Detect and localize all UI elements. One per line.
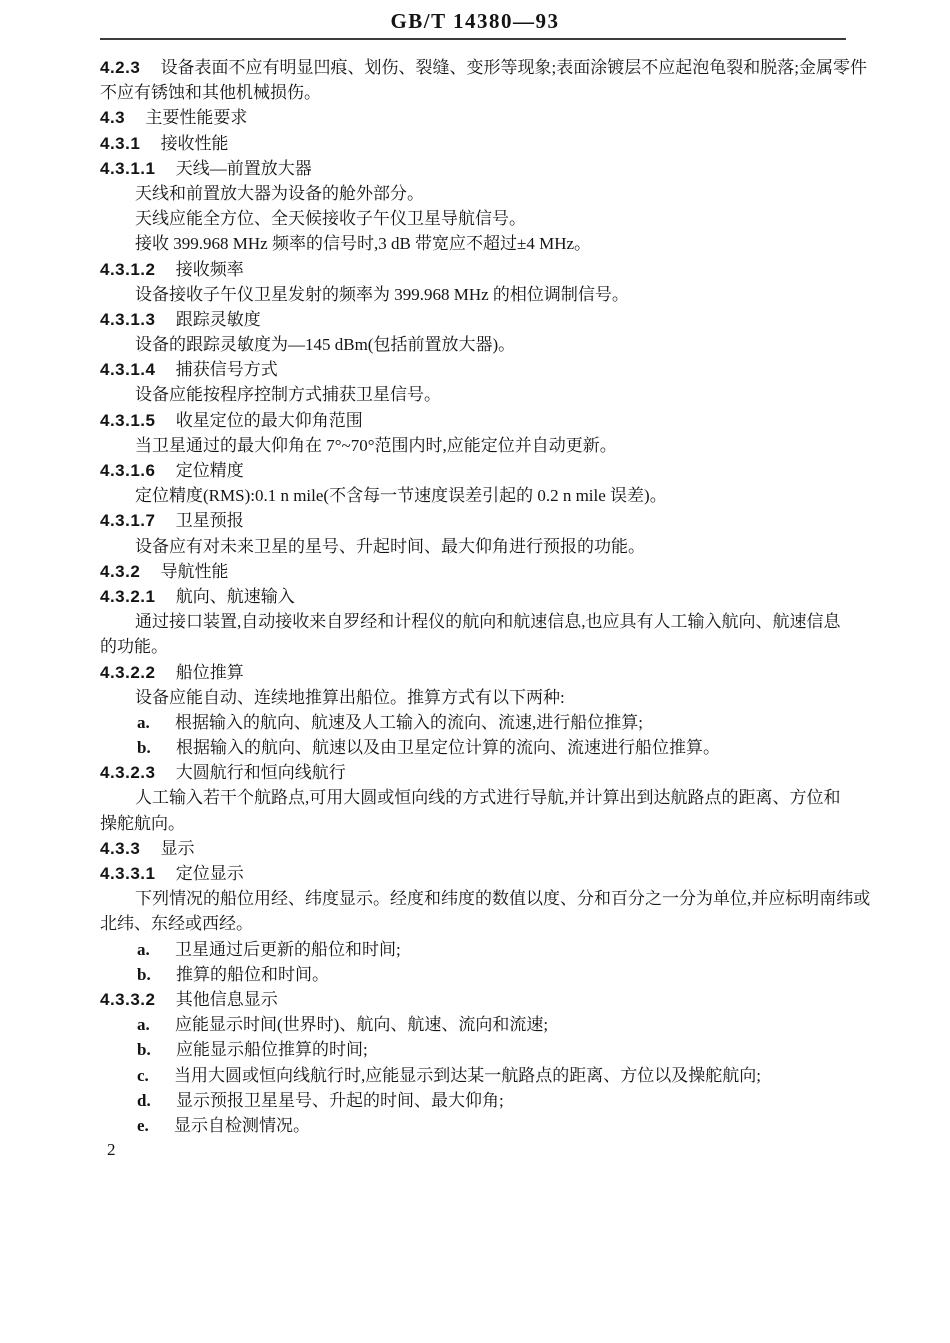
line-number: 4.3.3.1 — [100, 864, 156, 883]
line-text: 定位精度 — [176, 461, 244, 480]
document-line: 4.3 主要性能要求 — [100, 105, 848, 130]
list-label: c. — [137, 1066, 149, 1085]
line-text: 天线应能全方位、全天候接收子午仪卫星导航信号。 — [135, 209, 526, 228]
document-line: 4.3.1.5 收星定位的最大仰角范围 — [100, 408, 848, 433]
line-text: 卫星通过后更新的船位和时间; — [175, 940, 401, 959]
line-text: 定位显示 — [176, 864, 244, 883]
document-line: 4.3.3.2 其他信息显示 — [100, 987, 848, 1012]
line-number: 4.3.1.6 — [100, 461, 156, 480]
document-line: 4.3.2.1 航向、航速输入 — [100, 584, 848, 609]
document-line: 4.3.1.3 跟踪灵敏度 — [100, 307, 848, 332]
document-line: a. 应能显示时间(世界时)、航向、航速、流向和流速; — [100, 1012, 848, 1037]
line-text: 设备的跟踪灵敏度为—145 dBm(包括前置放大器)。 — [135, 335, 515, 354]
line-text: 设备接收子午仪卫星发射的频率为 399.968 MHz 的相位调制信号。 — [135, 285, 629, 304]
document-line: e. 显示自检测情况。 — [100, 1113, 848, 1138]
document-line: 不应有锈蚀和其他机械损伤。 — [100, 80, 848, 105]
list-label: a. — [137, 713, 150, 732]
document-line: 天线应能全方位、全天候接收子午仪卫星导航信号。 — [100, 206, 848, 231]
document-line: 4.3.1.6 定位精度 — [100, 458, 848, 483]
document-line: 人工输入若干个航路点,可用大圆或恒向线的方式进行导航,并计算出到达航路点的距离、… — [100, 785, 848, 810]
list-label: b. — [137, 965, 151, 984]
line-number: 4.3.3.2 — [100, 990, 156, 1009]
line-text: 设备应有对未来卫星的星号、升起时间、最大仰角进行预报的功能。 — [135, 537, 645, 556]
line-text: 设备表面不应有明显凹痕、划伤、裂缝、变形等现象;表面涂镀层不应起泡龟裂和脱落;金… — [161, 58, 867, 77]
list-label: a. — [137, 940, 150, 959]
document-line: 4.3.1.2 接收频率 — [100, 257, 848, 282]
document-line: 4.3.2 导航性能 — [100, 559, 848, 584]
line-text: 不应有锈蚀和其他机械损伤。 — [100, 83, 321, 102]
line-number: 4.3.1.7 — [100, 511, 156, 530]
line-text: 船位推算 — [176, 663, 244, 682]
document-line: 4.3.3.1 定位显示 — [100, 861, 848, 886]
document-line: 设备应能自动、连续地推算出船位。推算方式有以下两种: — [100, 685, 848, 710]
line-text: 接收性能 — [161, 134, 229, 153]
document-line: 当卫星通过的最大仰角在 7°~70°范围内时,应能定位并自动更新。 — [100, 433, 848, 458]
document-line: 下列情况的船位用经、纬度显示。经度和纬度的数值以度、分和百分之一分为单位,并应标… — [100, 886, 848, 911]
document-line: 的功能。 — [100, 634, 848, 659]
list-label: a. — [137, 1015, 150, 1034]
line-text: 显示 — [161, 839, 195, 858]
line-text: 主要性能要求 — [145, 108, 247, 127]
line-text: 推算的船位和时间。 — [176, 965, 329, 984]
document-line: 北纬、东经或西经。 — [100, 911, 848, 936]
document-line: 设备应有对未来卫星的星号、升起时间、最大仰角进行预报的功能。 — [100, 534, 848, 559]
line-number: 4.3.1.4 — [100, 360, 156, 379]
line-number: 4.3.2.1 — [100, 587, 156, 606]
document-line: a. 根据输入的航向、航速及人工输入的流向、流速,进行船位推算; — [100, 710, 848, 735]
line-text: 捕获信号方式 — [176, 360, 278, 379]
line-text: 北纬、东经或西经。 — [100, 914, 253, 933]
line-text: 应能显示时间(世界时)、航向、航速、流向和流速; — [175, 1015, 548, 1034]
line-text: 跟踪灵敏度 — [176, 310, 261, 329]
line-text: 当用大圆或恒向线航行时,应能显示到达某一航路点的距离、方位以及操舵航向; — [174, 1066, 761, 1085]
line-text: 导航性能 — [161, 562, 229, 581]
line-text: 人工输入若干个航路点,可用大圆或恒向线的方式进行导航,并计算出到达航路点的距离、… — [135, 788, 841, 807]
document-line: b. 应能显示船位推算的时间; — [100, 1037, 848, 1062]
line-text: 天线和前置放大器为设备的舱外部分。 — [135, 184, 424, 203]
line-number: 4.3.1.5 — [100, 411, 156, 430]
document-line: 4.3.3 显示 — [100, 836, 848, 861]
document-line: 4.3.2.2 船位推算 — [100, 660, 848, 685]
line-text: 通过接口装置,自动接收来自罗经和计程仪的航向和航速信息,也应具有人工输入航向、航… — [135, 612, 841, 631]
standard-number-header: GB/T 14380—93 — [0, 9, 950, 34]
document-line: 4.3.1.1 天线—前置放大器 — [100, 156, 848, 181]
page-number: 2 — [107, 1137, 116, 1162]
line-text: 根据输入的航向、航速及人工输入的流向、流速,进行船位推算; — [175, 713, 643, 732]
document-line: 天线和前置放大器为设备的舱外部分。 — [100, 181, 848, 206]
document-body: 4.2.3 设备表面不应有明显凹痕、划伤、裂缝、变形等现象;表面涂镀层不应起泡龟… — [100, 55, 848, 1138]
document-line: c. 当用大圆或恒向线航行时,应能显示到达某一航路点的距离、方位以及操舵航向; — [100, 1063, 848, 1088]
line-text: 应能显示船位推算的时间; — [176, 1040, 368, 1059]
document-line: d. 显示预报卫星星号、升起的时间、最大仰角; — [100, 1088, 848, 1113]
line-text: 航向、航速输入 — [176, 587, 295, 606]
document-line: 4.3.1 接收性能 — [100, 131, 848, 156]
list-label: b. — [137, 1040, 151, 1059]
list-label: b. — [137, 738, 151, 757]
line-text: 大圆航行和恒向线航行 — [176, 763, 346, 782]
document-line: b. 根据输入的航向、航速以及由卫星定位计算的流向、流速进行船位推算。 — [100, 735, 848, 760]
list-label: e. — [137, 1116, 149, 1135]
line-text: 设备应能按程序控制方式捕获卫星信号。 — [135, 385, 441, 404]
line-number: 4.3.1 — [100, 134, 140, 153]
document-line: 4.3.1.4 捕获信号方式 — [100, 357, 848, 382]
line-text: 卫星预报 — [176, 511, 244, 530]
line-text: 收星定位的最大仰角范围 — [176, 411, 363, 430]
line-text: 天线—前置放大器 — [176, 159, 312, 178]
document-line: 4.3.2.3 大圆航行和恒向线航行 — [100, 760, 848, 785]
document-line: 4.3.1.7 卫星预报 — [100, 508, 848, 533]
line-text: 显示自检测情况。 — [174, 1116, 310, 1135]
line-text: 定位精度(RMS):0.1 n mile(不含每一节速度误差引起的 0.2 n … — [135, 486, 667, 505]
document-line: 4.2.3 设备表面不应有明显凹痕、划伤、裂缝、变形等现象;表面涂镀层不应起泡龟… — [100, 55, 848, 80]
line-text: 接收 399.968 MHz 频率的信号时,3 dB 带宽应不超过±4 MHz。 — [135, 234, 591, 253]
list-label: d. — [137, 1091, 151, 1110]
line-number: 4.3.1.2 — [100, 260, 156, 279]
line-text: 操舵航向。 — [100, 814, 185, 833]
document-line: 接收 399.968 MHz 频率的信号时,3 dB 带宽应不超过±4 MHz。 — [100, 231, 848, 256]
document-page: GB/T 14380—93 4.2.3 设备表面不应有明显凹痕、划伤、裂缝、变形… — [0, 0, 950, 1343]
line-text: 当卫星通过的最大仰角在 7°~70°范围内时,应能定位并自动更新。 — [135, 436, 617, 455]
line-number: 4.3.2 — [100, 562, 140, 581]
document-line: 设备应能按程序控制方式捕获卫星信号。 — [100, 382, 848, 407]
header-divider — [100, 38, 846, 40]
line-text: 下列情况的船位用经、纬度显示。经度和纬度的数值以度、分和百分之一分为单位,并应标… — [135, 889, 870, 908]
line-text: 设备应能自动、连续地推算出船位。推算方式有以下两种: — [135, 688, 565, 707]
line-text: 的功能。 — [100, 637, 168, 656]
line-number: 4.3.1.1 — [100, 159, 156, 178]
document-line: a. 卫星通过后更新的船位和时间; — [100, 937, 848, 962]
line-number: 4.2.3 — [100, 58, 140, 77]
line-text: 接收频率 — [176, 260, 244, 279]
line-number: 4.3.2.2 — [100, 663, 156, 682]
line-number: 4.3.1.3 — [100, 310, 156, 329]
line-text: 显示预报卫星星号、升起的时间、最大仰角; — [176, 1091, 504, 1110]
line-text: 根据输入的航向、航速以及由卫星定位计算的流向、流速进行船位推算。 — [176, 738, 720, 757]
document-line: 设备接收子午仪卫星发射的频率为 399.968 MHz 的相位调制信号。 — [100, 282, 848, 307]
line-number: 4.3.3 — [100, 839, 140, 858]
document-line: b. 推算的船位和时间。 — [100, 962, 848, 987]
document-line: 定位精度(RMS):0.1 n mile(不含每一节速度误差引起的 0.2 n … — [100, 483, 848, 508]
line-number: 4.3 — [100, 108, 125, 127]
line-number: 4.3.2.3 — [100, 763, 156, 782]
document-line: 操舵航向。 — [100, 811, 848, 836]
line-text: 其他信息显示 — [176, 990, 278, 1009]
document-line: 通过接口装置,自动接收来自罗经和计程仪的航向和航速信息,也应具有人工输入航向、航… — [100, 609, 848, 634]
document-line: 设备的跟踪灵敏度为—145 dBm(包括前置放大器)。 — [100, 332, 848, 357]
